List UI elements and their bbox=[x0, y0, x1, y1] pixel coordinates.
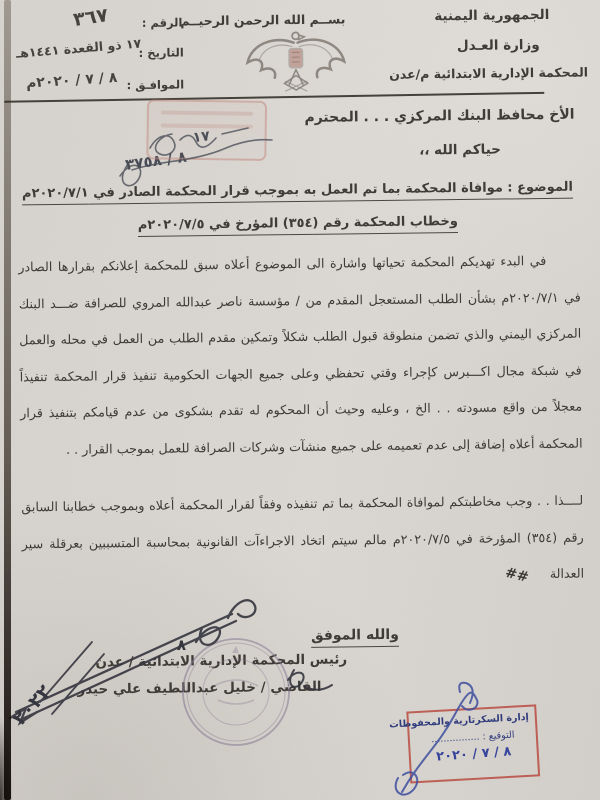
field-label-date-greg: الموافـق : bbox=[126, 77, 184, 92]
greeting-line: حياكم الله ،، bbox=[419, 142, 501, 159]
field-value-number: ٣٦٧ bbox=[72, 4, 110, 31]
field-value-date-hijri: ١٧ ذو القعدة ١٤٤١هـ bbox=[15, 36, 141, 61]
body-paragraph-1: في البدء تهديكم المحكمة تحياتها واشارة ا… bbox=[18, 243, 583, 469]
closing-phrase: والله الموفق bbox=[311, 627, 399, 644]
signatory-name: القاضي / خليل عبداللطيف علي حيدر bbox=[77, 679, 321, 698]
subject-line-2: وخطاب المحكمة رقم (٣٥٤) المؤرخ في ٢٠٢٠/٧… bbox=[138, 214, 458, 233]
header-court-name: المحكمة الإدارية الابتدائية م/عدن bbox=[389, 64, 588, 81]
addressee-line: الأخ محافظ البنك المركزي . . . المحترم bbox=[304, 107, 574, 126]
field-label-number: الرقم : bbox=[142, 15, 183, 29]
scan-edge-shadow bbox=[4, 0, 11, 800]
subject-line-1: الموضوع : موافاة المحكمة بما تم العمل به… bbox=[22, 180, 573, 202]
subject-block: الموضوع : موافاة المحكمة بما تم العمل به… bbox=[9, 170, 586, 243]
body-paragraph-2: لــــذا . . وجب مخاطبتكم لموافاة المحكمة… bbox=[21, 483, 584, 599]
faint-received-stamp bbox=[146, 99, 267, 161]
scanned-letter-page: الجمهورية اليمنية وزارة العـدل المحكمة ا… bbox=[0, 0, 600, 800]
secretariat-stamp-date: ٨ / ٧ / ٢٠٢٠ bbox=[416, 743, 531, 766]
signatory-title: رئيس المحكمة الإدارية الابتدائية / عدن bbox=[77, 651, 347, 670]
letter-content: الجمهورية اليمنية وزارة العـدل المحكمة ا… bbox=[0, 0, 600, 800]
secretariat-stamp-title: إدارة السكرتارية والمحفوظات bbox=[415, 712, 529, 729]
field-value-date-greg: ٨ / ٧ / ٢٠٢٠م bbox=[26, 70, 118, 92]
field-label-date-hijri: التاريخ : bbox=[139, 45, 184, 60]
header-republic: الجمهورية اليمنية bbox=[434, 7, 549, 24]
yemen-eagle-emblem bbox=[237, 25, 354, 96]
header-ministry: وزارة العـدل bbox=[457, 37, 540, 54]
signature-block: رئيس المحكمة الإدارية الابتدائية / عدن ا… bbox=[77, 651, 348, 697]
secretariat-stamp: إدارة السكرتارية والمحفوظات التوقيع : ..… bbox=[406, 704, 540, 783]
